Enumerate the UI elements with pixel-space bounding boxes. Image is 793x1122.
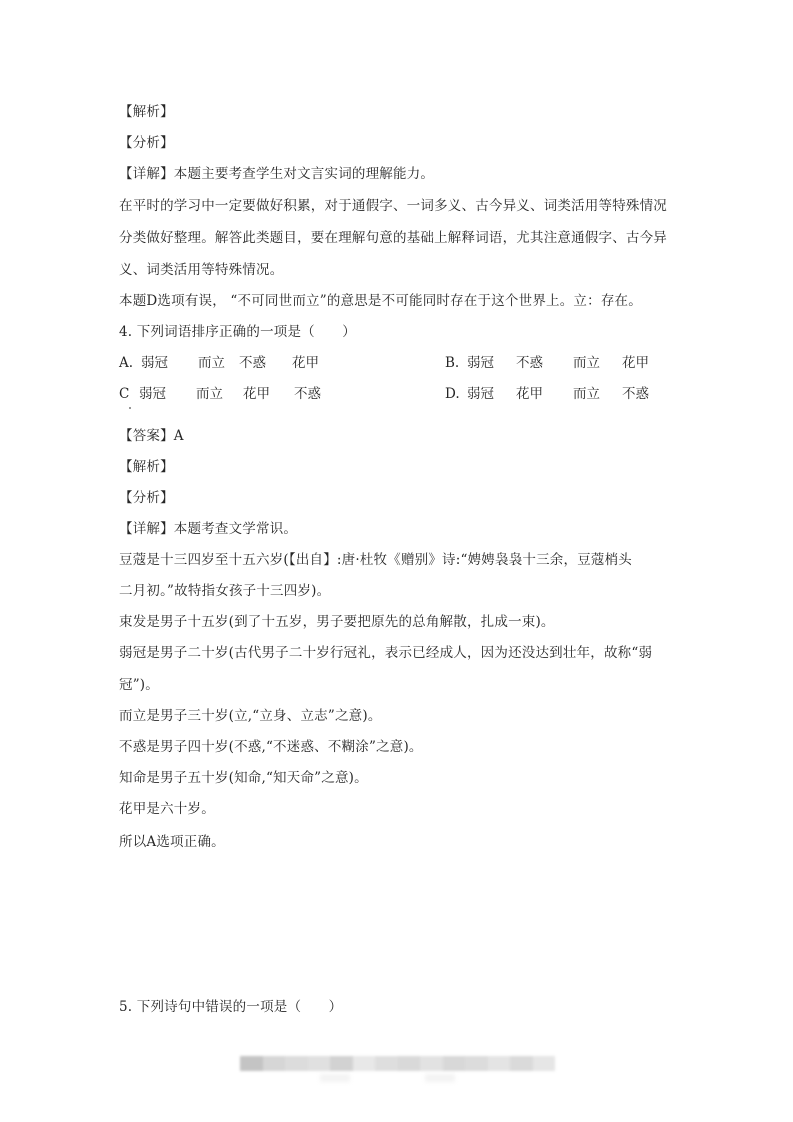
- footer-blur-segment: [443, 1056, 466, 1071]
- explanation-huajia: 花甲是六十岁。: [119, 800, 215, 818]
- explanation-doukou-cont: 二月初。”故特指女孩子十三四岁)。: [119, 582, 330, 600]
- option-word: 不惑: [294, 385, 321, 403]
- xiangjie-text: 【详解】本题主要考查学生对文言实词的理解能力。: [119, 165, 434, 183]
- option-label: B.: [445, 354, 465, 372]
- option-word: 弱冠: [467, 354, 494, 372]
- option-label: C: [119, 385, 139, 403]
- explanation-shufa: 束发是男子十五岁(到了十五岁，男子要把原先的总角解散，扎成一束)。: [119, 613, 555, 631]
- footer-blur-segment: [488, 1056, 511, 1071]
- footer-blur-segment: [420, 1056, 443, 1071]
- footer-blur-segment: [533, 1056, 556, 1071]
- option-word: 而立: [198, 354, 225, 372]
- option-word: 而立: [573, 385, 600, 403]
- footer-blur-segment: [375, 1056, 398, 1071]
- option-b: B.弱冠不惑而立花甲: [445, 354, 649, 372]
- option-label: A.: [119, 354, 139, 372]
- option-a: A.弱冠而立不惑花甲: [119, 354, 319, 372]
- paragraph-line: 义、词类活用等特殊情况。: [119, 261, 283, 279]
- option-word: 不惑: [622, 385, 649, 403]
- option-word: 弱冠: [139, 385, 166, 403]
- footer-blur-segment: [398, 1056, 421, 1071]
- paragraph-line: 本题D选项有误， “不可同世而立”的意思是不可能同时存在于这个世界上。立：存在。: [119, 292, 642, 310]
- option-word: 弱冠: [467, 385, 494, 403]
- footer-blur-sub: [320, 1074, 350, 1082]
- footer-blur-segment: [465, 1056, 488, 1071]
- explanation-ruoguan-cont: 冠”)。: [119, 676, 159, 694]
- question-5-stem: 5. 下列诗句中错误的一项是（ ）: [119, 998, 342, 1016]
- explanation-erli: 而立是男子三十岁(立,“立身、立志”之意)。: [119, 707, 382, 725]
- paragraph-line: 在平时的学习中一定要做好积累，对于通假字、一词多义、古今异义、词类活用等特殊情况: [119, 197, 667, 215]
- fenxi-heading: 【分析】: [119, 489, 174, 507]
- footer-blur-segment: [263, 1056, 286, 1071]
- footer-blurred-watermark: [240, 1056, 555, 1071]
- conclusion-line: 所以A选项正确。: [119, 833, 225, 851]
- fenxi-heading: 【分析】: [119, 134, 174, 152]
- footer-blur-segment: [510, 1056, 533, 1071]
- paragraph-line: 分类做好整理。解答此类题目，要在理解句意的基础上解释词语，尤其注意通假字、古今异: [119, 229, 667, 247]
- explanation-zhiming: 知命是男子五十岁(知命,“知天命”之意)。: [119, 769, 368, 787]
- xiangjie-text: 【详解】本题考查文学常识。: [119, 520, 297, 538]
- option-word: 弱冠: [141, 354, 168, 372]
- option-word: 而立: [196, 385, 223, 403]
- footer-blur-segment: [240, 1056, 263, 1071]
- footer-blur-segment: [285, 1056, 308, 1071]
- option-d: D.弱冠花甲而立不惑: [445, 385, 649, 403]
- option-word: 花甲: [516, 385, 543, 403]
- footer-blur-segment: [353, 1056, 376, 1071]
- option-word: 花甲: [622, 354, 649, 372]
- option-word: 花甲: [243, 385, 270, 403]
- explanation-buhuo: 不惑是男子四十岁(不惑,“不迷惑、不糊涂”之意)。: [119, 738, 423, 756]
- footer-blur-segment: [330, 1056, 353, 1071]
- option-word: 花甲: [292, 354, 319, 372]
- option-word: 不惑: [516, 354, 543, 372]
- option-word: 而立: [573, 354, 600, 372]
- jiexi-heading: 【解析】: [119, 458, 174, 476]
- answer-line: 【答案】A: [119, 427, 184, 445]
- explanation-ruoguan: 弱冠是男子二十岁(古代男子二十岁行冠礼，表示已经成人，因为还没达到壮年，故称“弱: [119, 644, 652, 662]
- option-label: D.: [445, 385, 465, 403]
- question-4-stem: 4. 下列词语排序正确的一项是（ ）: [119, 323, 356, 341]
- jiexi-heading: 【解析】: [119, 103, 174, 121]
- footer-blur-segment: [308, 1056, 331, 1071]
- stray-dot: [129, 407, 131, 409]
- option-c: C弱冠而立花甲不惑: [119, 385, 321, 403]
- document-page: 【解析】 【分析】 【详解】本题主要考查学生对文言实词的理解能力。 在平时的学习…: [0, 0, 793, 1122]
- option-word: 不惑: [239, 354, 266, 372]
- footer-blur-sub: [425, 1074, 455, 1082]
- explanation-doukou: 豆蔻是十三四岁至十五六岁(【出自】:唐·杜牧《赠别》诗:“娉娉袅袅十三余，豆蔻梢…: [119, 551, 632, 569]
